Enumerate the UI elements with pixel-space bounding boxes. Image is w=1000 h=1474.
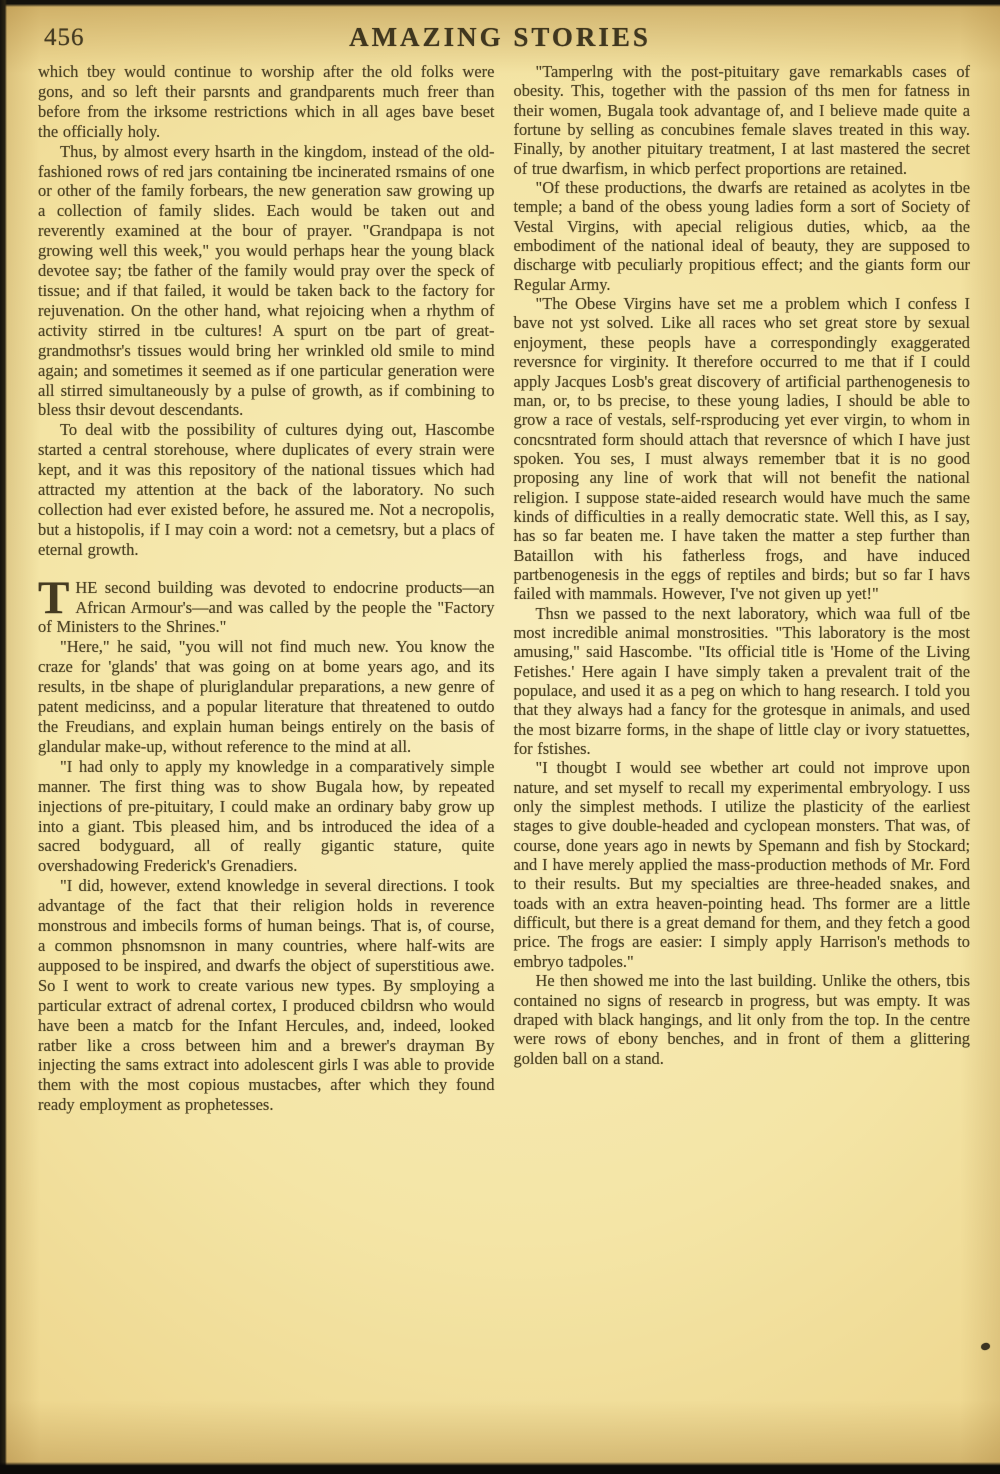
paragraph: "Of these productions, the dwarfs are re… (514, 178, 971, 294)
page-header: 456 AMAZING STORIES (0, 20, 1000, 60)
paragraph: "I did, however, extend knowledge in sev… (38, 876, 495, 1115)
paragraph: "Tamperlng with the post-pituitary gave … (514, 62, 971, 178)
text-columns: which tbey would continue to worship aft… (38, 62, 970, 1115)
paragraph: Thus, by almost every hsarth in the king… (38, 142, 495, 421)
paragraph: "The Obese Virgins have set me a problem… (514, 294, 971, 604)
paragraph: He then showed me into the last building… (514, 971, 971, 1068)
paragraph: "I had only to apply my knowledge in a c… (38, 757, 495, 876)
page-title: AMAZING STORIES (0, 22, 1000, 53)
magazine-page: 456 AMAZING STORIES which tbey would con… (0, 0, 1000, 1474)
paragraph-dropcap: THE second building was devoted to endoc… (38, 578, 495, 638)
scan-edge-top (0, 0, 1000, 7)
scan-edge-left (0, 0, 7, 1474)
paragraph: which tbey would continue to worship aft… (38, 62, 495, 142)
ink-speck (980, 1342, 991, 1351)
left-column: which tbey would continue to worship aft… (38, 62, 495, 1115)
scan-edge-bottom (0, 1462, 1000, 1474)
paragraph: To deal witb the possibility of cultures… (38, 420, 495, 559)
right-column: "Tamperlng with the post-pituitary gave … (514, 62, 971, 1115)
drop-cap-letter: T (38, 578, 75, 616)
paragraph: "Here," he said, "you will not find much… (38, 637, 495, 756)
paragraph: "I thougbt I would see wbether art could… (514, 758, 971, 971)
paragraph: Thsn we passed to the next laboratory, w… (514, 604, 971, 759)
paragraph-text: HE second building was devoted to endocr… (38, 578, 495, 637)
